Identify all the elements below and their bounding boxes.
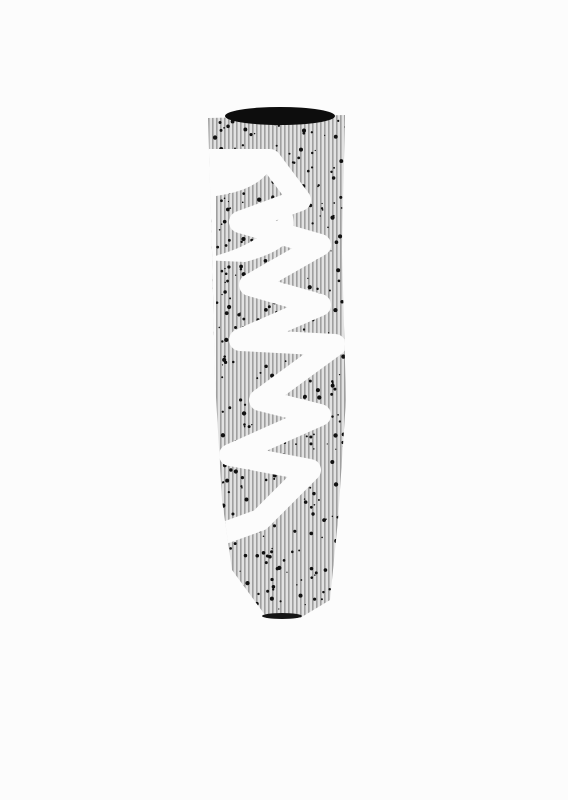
paper-sheet (0, 0, 568, 800)
ink-artwork (0, 0, 568, 800)
